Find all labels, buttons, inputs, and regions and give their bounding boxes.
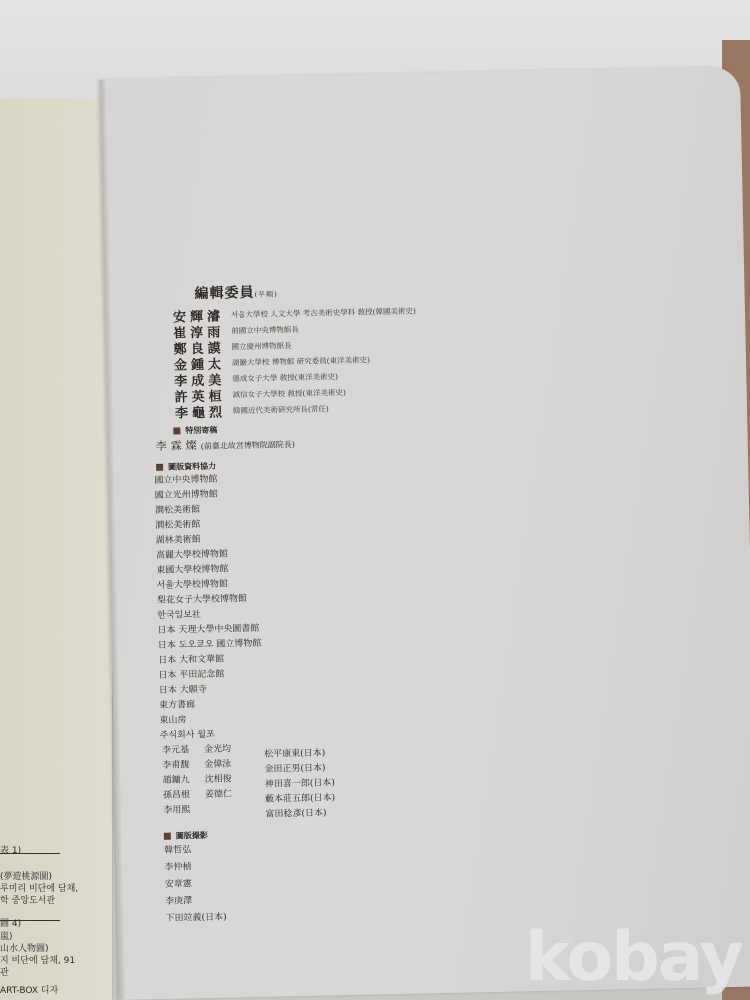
member-title: 德成女子大學 敎授(東洋美術史): [232, 371, 338, 384]
left-fragment: 학 중앙도서관: [0, 893, 55, 906]
square-bullet-icon: [156, 463, 163, 470]
square-bullet-icon: [173, 427, 180, 434]
member-title: 韓國近代美術硏究所長(常任): [233, 403, 329, 416]
contributor-name: 神田喜一郎(日本): [265, 776, 335, 792]
contributor-name: 藪本莊五郎(日本): [265, 791, 335, 807]
member-title: 誠信女子大學校 敎授(東洋美術史): [232, 386, 345, 399]
left-fragment: 圖 4): [0, 916, 21, 929]
contributor-note: (前臺北故宮博物院副院長): [201, 440, 295, 451]
section-label: 圖版撮影: [176, 829, 208, 841]
member-title: 前國立中央博物館長: [231, 323, 299, 335]
section-label: 圖版資料協力: [168, 460, 216, 472]
contributor-name: 李霖燦: [156, 439, 201, 453]
photographer-list: 韓哲弘 李仲楨 安章憲 李庚澤 下田竝義(日本): [164, 837, 429, 927]
left-fragment: 관: [0, 965, 9, 978]
watermark-logo: kobay: [525, 918, 742, 997]
individual-contributors: 李元基 李甫馥 趙鏞九 孫昌根 李用熙 金光均 金偉泳 沈相俊 姜德仁 松平康東…: [162, 738, 427, 824]
contributor-column: 金光均 金偉泳 沈相俊 姜德仁: [204, 742, 248, 824]
left-fragment: 지 비단에 담채, 91: [0, 953, 75, 966]
contributor-name: 金田正男(日本): [264, 761, 334, 777]
contributor-name: 趙鏞九: [163, 773, 205, 789]
contributor-name: 沈相俊: [205, 772, 247, 788]
contributor-column: 李元基 李甫馥 趙鏞九 孫昌根 李用熙: [162, 743, 206, 825]
committee-member: 李龜烈韓國近代美術硏究所長(常任): [175, 398, 418, 419]
member-name: 李龜烈: [175, 401, 233, 421]
left-fragment: ART-BOX 디자: [0, 983, 58, 996]
member-title: 서울大學校 人文大學 考古美術史學科 敎授(韓國美術史): [231, 305, 416, 320]
member-title: 國立慶州博物館長: [231, 340, 291, 352]
contributor-name: 孫昌根: [163, 788, 205, 804]
heading-text: 編輯委員: [194, 285, 254, 302]
institution-list: 國立中央博物館 國立光州博物館 澗松美術館 澗松美術館 湖林美術館 高麗大學校博…: [154, 468, 425, 743]
contributor-name: 富田稔彥(日本): [265, 806, 335, 822]
credits-content: 編輯委員(무順) 安輝濬서울大學校 人文大學 考古美術史學科 敎授(韓國美術史)…: [152, 278, 428, 927]
heading-note: (무順): [254, 290, 277, 298]
member-title: 湖巖大學校 博物館 硏究委員(東洋美術史): [232, 354, 370, 368]
square-bullet-icon: [164, 832, 171, 839]
contributor-name: 金偉泳: [204, 757, 246, 773]
left-page: 表 1) (夢遊桃源圖) 루미리 비단에 담채, 학 중앙도서관 圖 4) 嵐)…: [0, 98, 113, 1000]
contributor-column: 松平康東(日本) 金田正男(日本) 神田喜一郎(日本) 藪本莊五郎(日本) 富田…: [264, 746, 336, 822]
contributor-name: 李用熙: [163, 803, 205, 819]
contributor-name: 松平康東(日本): [264, 746, 334, 762]
contributor-name: 姜德仁: [205, 787, 247, 803]
credits-page: 編輯委員(무順) 安輝濬서울大學校 人文大學 考古美術史學科 敎授(韓國美術史)…: [100, 67, 750, 1000]
contributor-name: 李元基: [162, 743, 204, 759]
contributor-name: 金光均: [204, 742, 246, 758]
left-fragment: 表 1): [0, 843, 21, 856]
section-label: 特別寄稿: [185, 424, 217, 436]
contributor-name: 李甫馥: [162, 758, 204, 774]
